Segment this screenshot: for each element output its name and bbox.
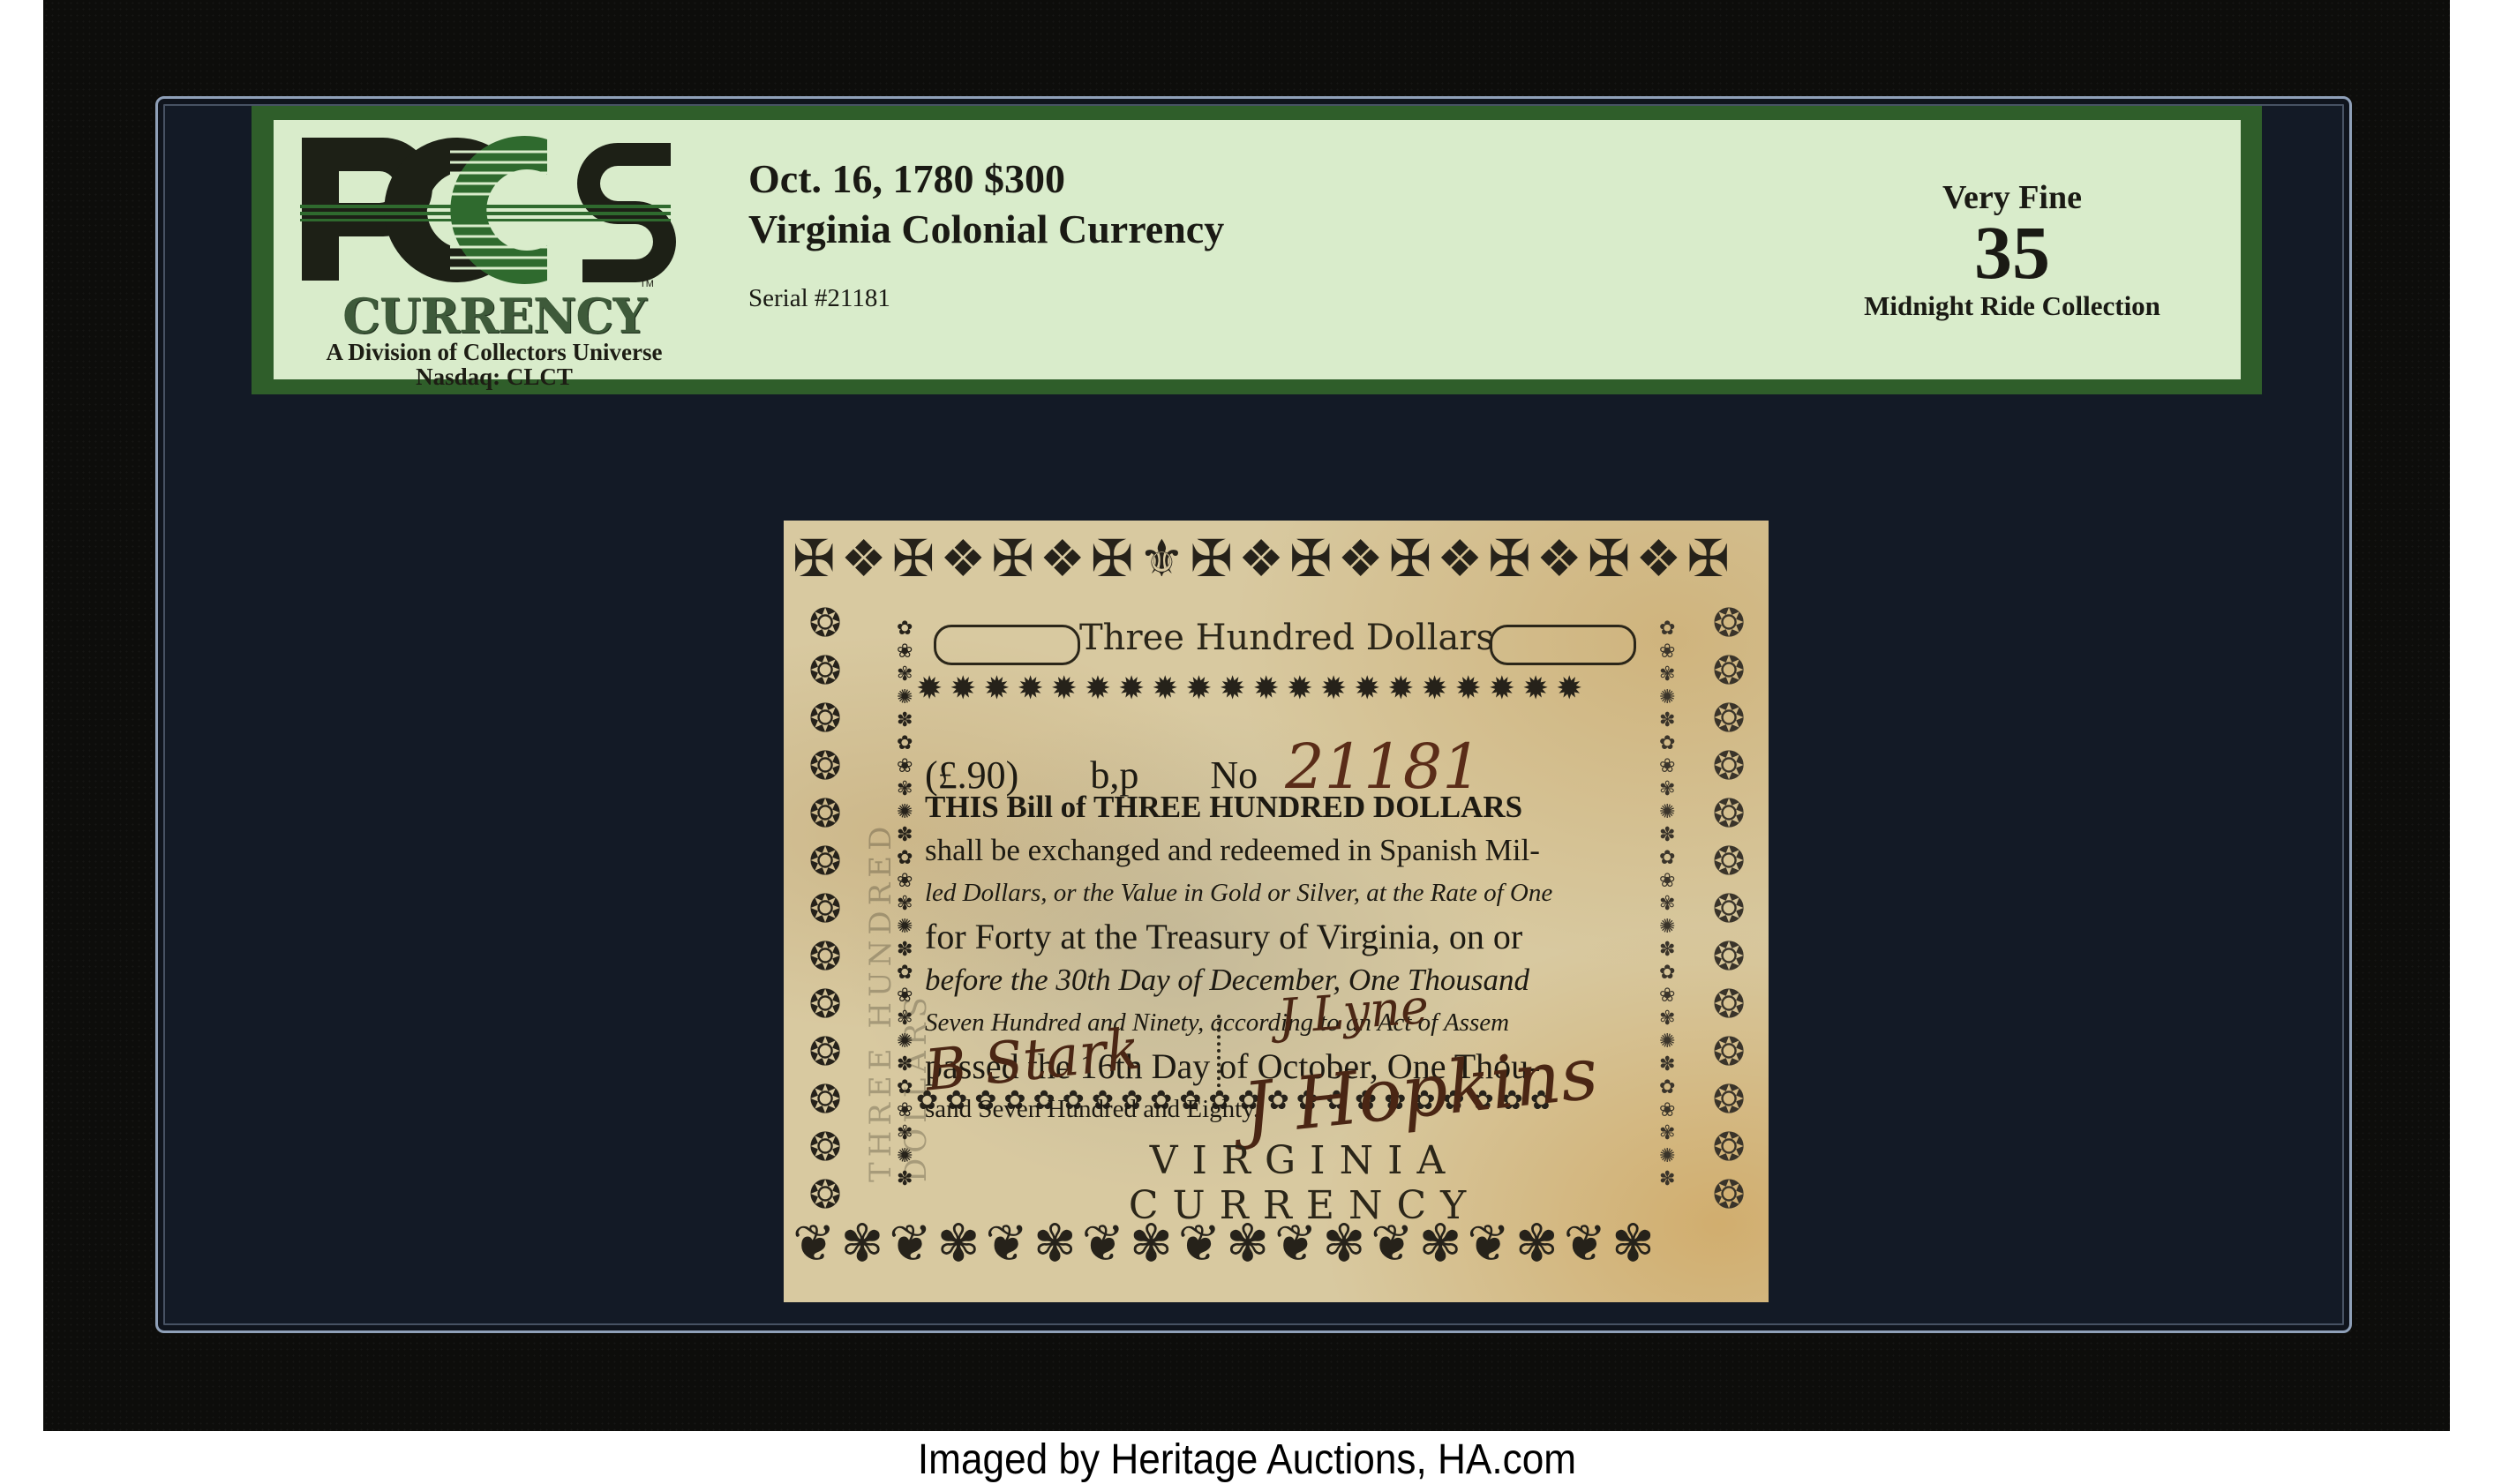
- label-panel: TM CURRENCY A Division of Collectors Uni…: [274, 120, 2241, 379]
- pcgs-currency-logo: TM CURRENCY A Division of Collectors Uni…: [291, 131, 697, 386]
- signature-divider: [1217, 1015, 1224, 1094]
- pcgs-grading-label: TM CURRENCY A Division of Collectors Uni…: [252, 106, 2262, 394]
- note-type: Virginia Colonial Currency: [748, 204, 1224, 254]
- ornamental-border-left: ❂❂❂❂❂❂❂❂❂❂❂❂❂: [798, 600, 853, 1218]
- logo-division-text: A Division of Collectors Universe: [300, 339, 688, 366]
- colonial-banknote: ✠❖✠❖✠❖✠⚜✠❖✠❖✠❖✠❖✠❖✠ ❂❂❂❂❂❂❂❂❂❂❂❂❂ ❂❂❂❂❂❂…: [784, 521, 1769, 1302]
- image-credit-caption: Imaged by Heritage Auctions, HA.com: [100, 1435, 2394, 1484]
- body-line: shall be exchanged and redeemed in Spani…: [925, 828, 1657, 872]
- cartouche-right: [1490, 625, 1636, 665]
- reverse-show-through-text: THREE HUNDRED DOLLARS: [863, 653, 898, 1182]
- grade-number: 35: [1880, 217, 2145, 289]
- note-date-denomination: Oct. 16, 1780 $300: [748, 154, 1224, 204]
- logo-ticker-text: Nasdaq: CLCT: [300, 364, 688, 391]
- body-line: THIS Bill of THREE HUNDRED DOLLARS: [925, 785, 1657, 828]
- pcgs-logo-icon: [291, 131, 680, 285]
- body-line: for Forty at the Treasury of Virginia, o…: [925, 915, 1657, 958]
- rosette-row-top: ✹✹✹✹✹✹✹✹✹✹✹✹✹✹✹✹✹✹✹✹: [916, 671, 1657, 707]
- body-line: led Dollars, or the Value in Gold or Sil…: [925, 872, 1657, 915]
- ornamental-border-right: ❂❂❂❂❂❂❂❂❂❂❂❂❂: [1701, 600, 1756, 1218]
- signature-lyne: J Lyne: [1276, 978, 1431, 1045]
- serial-number: Serial #21181: [748, 284, 890, 313]
- collection-name: Midnight Ride Collection: [1827, 289, 2197, 324]
- ornamental-border-top: ✠❖✠❖✠❖✠⚜✠❖✠❖✠❖✠❖✠❖✠: [793, 533, 1760, 584]
- logo-wordmark: CURRENCY: [300, 288, 688, 344]
- bill-footer-text: VIRGINIA CURRENCY: [995, 1138, 1613, 1228]
- ornamental-rule-right: ✿❀✾✺✽✿❀✾✺✽✿❀✾✺✽✿❀✾✺✽✿❀✾✺✽: [1659, 618, 1682, 1200]
- bill-heading: Three Hundred Dollars: [1013, 618, 1560, 658]
- note-description: Oct. 16, 1780 $300 Virginia Colonial Cur…: [748, 154, 1224, 254]
- grade-block: Very Fine 35 Midnight Ride Collection: [1880, 180, 2145, 325]
